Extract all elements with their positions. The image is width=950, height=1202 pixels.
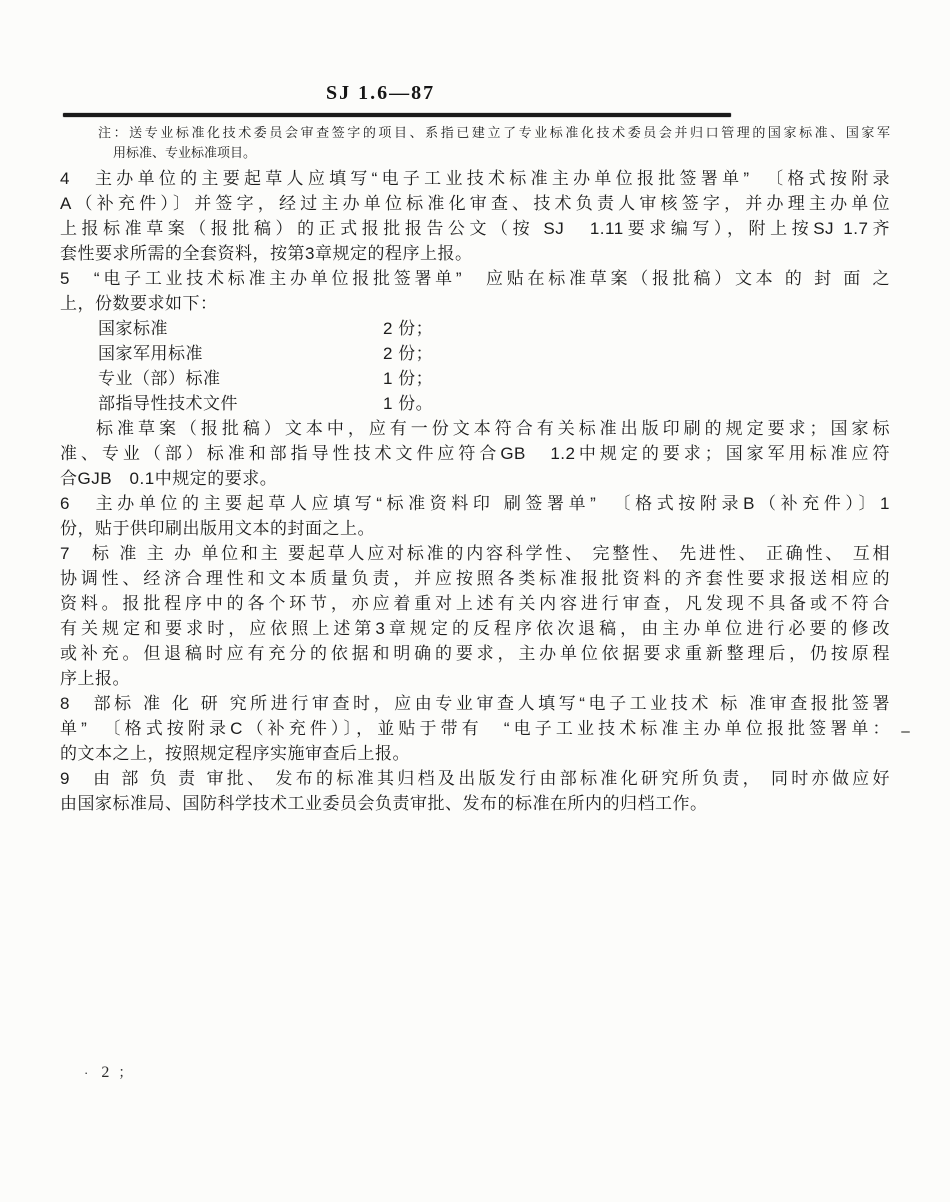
text-line: A（补充件）〕并签字，经过主办单位标准化审查、技术负责人审核签字，并办理主办单位: [60, 191, 890, 216]
copies-list-row: 国家标准 2 份；: [60, 316, 890, 341]
copies-list-row: 部指导性技术文件 1 份。: [60, 391, 890, 416]
copies-label: 国家标准: [98, 316, 383, 341]
clause-6: 6 主办单位的主要起草人应填写“标准资料印 刷签署单” 〔格式按附录B（补充件）…: [60, 491, 890, 541]
copies-count: 1 份；: [383, 366, 433, 391]
copies-label: 部指导性技术文件: [98, 391, 383, 416]
text-line: 由国家标准局、国防科学技术工业委员会负责审批、发布的标准在所内的归档工作。: [60, 791, 890, 816]
copies-list: 国家标准 2 份； 国家军用标准 2 份； 专业（部）标准 1 份； 部指导性技…: [60, 316, 890, 416]
note-line: 注：送专业标准化技术委员会审查签字的项目、系指已建立了专业标准化技术委员会并归口…: [98, 123, 890, 143]
page-footer: ·2；: [84, 1062, 132, 1082]
text-line: 合GJB 0.1中规定的要求。: [60, 466, 890, 491]
clause-7: 7 标 准 主 办 单位和主 要起草人应对标准的内容科学性、 完整性、 先进性、…: [60, 541, 890, 691]
text-line: 资料。报批程序中的各个环节，亦应着重对上述有关内容进行审查，凡发现不具备或不符合: [60, 591, 890, 616]
footer-left-dot: ·: [84, 1065, 88, 1080]
text-line: 序上报。: [60, 666, 890, 691]
text-line: 标准草案（报批稿）文本中，应有一份文本符合有关标准出版印刷的规定要求；国家标: [60, 416, 890, 441]
note-block: 注：送专业标准化技术委员会审查签字的项目、系指已建立了专业标准化技术委员会并归口…: [98, 123, 890, 163]
copies-count: 2 份；: [383, 316, 433, 341]
text-line: 有关规定和要求时，应依照上述第3章规定的反程序依次退稿，由主办单位进行必要的修改: [60, 616, 890, 641]
text-line: 份，贴于供印刷出版用文本的封面之上。: [60, 516, 890, 541]
text-line: 上，份数要求如下：: [60, 291, 890, 316]
text-line: 9 由 部 负 责 审批、 发布的标准其归档及出版发行由部标准化研究所负责， 同…: [60, 766, 890, 791]
copies-list-row: 专业（部）标准 1 份；: [60, 366, 890, 391]
document-body: 4 主办单位的主要起草人应填写“电子工业技术标准主办单位报批签署单” 〔格式按附…: [60, 166, 890, 816]
clause-4: 4 主办单位的主要起草人应填写“电子工业技术标准主办单位报批签署单” 〔格式按附…: [60, 166, 890, 266]
note-line: 用标准、专业标准项目。: [98, 143, 890, 163]
text-line: 单” 〔格式按附录C（补充件）〕，並贴于带有 “电子工业技术标准主办单位报批签署…: [60, 716, 890, 741]
clause-8: 8 部标 准 化 研 究所进行审查时，应由专业审查人填写“电子工业技术 标 准审…: [60, 691, 890, 766]
text-line: 8 部标 准 化 研 究所进行审查时，应由专业审查人填写“电子工业技术 标 准审…: [60, 691, 890, 716]
standard-code-header: SJ 1.6—87: [326, 82, 435, 105]
clause-9: 9 由 部 负 责 审批、 发布的标准其归档及出版发行由部标准化研究所负责， 同…: [60, 766, 890, 816]
text-line: 5 “电子工业技术标准主办单位报批签署单” 应贴在标准草案（报批稿）文本 的 封…: [60, 266, 890, 291]
text-line: 6 主办单位的主要起草人应填写“标准资料印 刷签署单” 〔格式按附录B（补充件）…: [60, 491, 890, 516]
text-line: 的文本之上，按照规定程序实施审查后上报。: [60, 741, 890, 766]
clause-5-continuation: 标准草案（报批稿）文本中，应有一份文本符合有关标准出版印刷的规定要求；国家标 准…: [60, 416, 890, 491]
text-line: 套性要求所需的全套资料，按第3章规定的程序上报。: [60, 241, 890, 266]
text-line: 上报标准草案（报批稿）的正式报批报告公文（按 SJ 1.11要求编写），附上按S…: [60, 216, 890, 241]
copies-label: 国家军用标准: [98, 341, 383, 366]
scan-artifact-mark: [901, 731, 910, 733]
header-rule: [63, 113, 731, 117]
footer-right-mark: ；: [118, 1064, 132, 1080]
text-line: 协调性、经济合理性和文本质量负责，并应按照各类标准报批资料的齐套性要求报送相应的: [60, 566, 890, 591]
text-line: 4 主办单位的主要起草人应填写“电子工业技术标准主办单位报批签署单” 〔格式按附…: [60, 166, 890, 191]
text-line: 准、专业（部）标准和部指导性技术文件应符合GB 1.2中规定的要求；国家军用标准…: [60, 441, 890, 466]
document-page: SJ 1.6—87 注：送专业标准化技术委员会审查签字的项目、系指已建立了专业标…: [0, 0, 950, 1202]
copies-count: 2 份；: [383, 341, 433, 366]
clause-5: 5 “电子工业技术标准主办单位报批签署单” 应贴在标准草案（报批稿）文本 的 封…: [60, 266, 890, 316]
text-line: 7 标 准 主 办 单位和主 要起草人应对标准的内容科学性、 完整性、 先进性、…: [60, 541, 890, 566]
page-number: 2: [101, 1064, 109, 1081]
copies-count: 1 份。: [383, 391, 433, 416]
text-line: 或补充。但退稿时应有充分的依据和明确的要求，主办单位依据要求重新整理后，仍按原程: [60, 641, 890, 666]
copies-label: 专业（部）标准: [98, 366, 383, 391]
copies-list-row: 国家军用标准 2 份；: [60, 341, 890, 366]
